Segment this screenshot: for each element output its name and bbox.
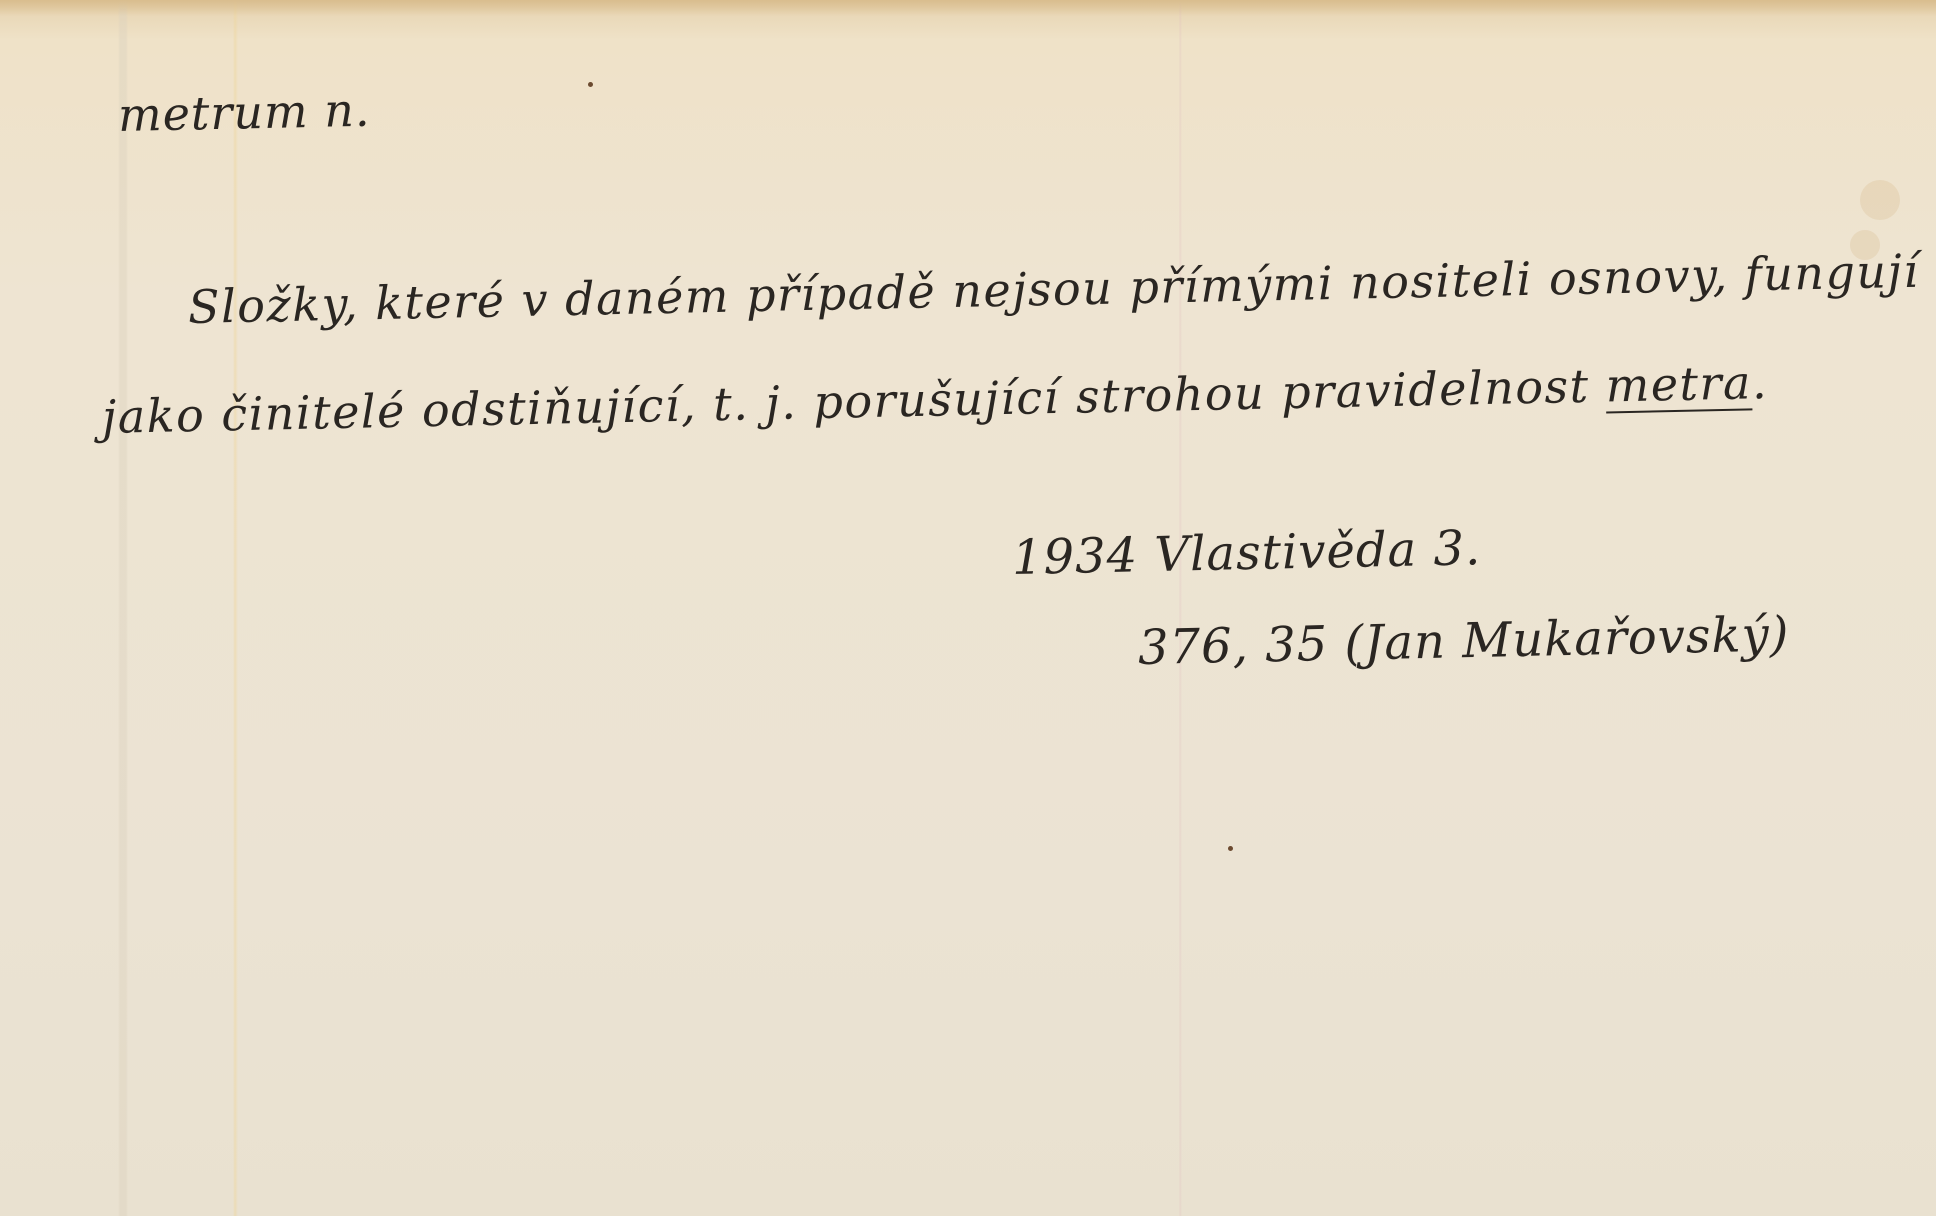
paper-stain	[1860, 180, 1900, 220]
paper-top-edge	[0, 0, 1936, 16]
underlined-headword: metra	[1605, 355, 1752, 412]
paper-background	[0, 0, 1936, 1216]
citation-source: 1934 Vlastivěda 3.	[1011, 520, 1481, 586]
quote-line-2-period: .	[1751, 355, 1768, 409]
ink-speck	[588, 82, 593, 87]
headword: metrum n.	[117, 83, 371, 142]
ink-speck	[1228, 846, 1233, 851]
